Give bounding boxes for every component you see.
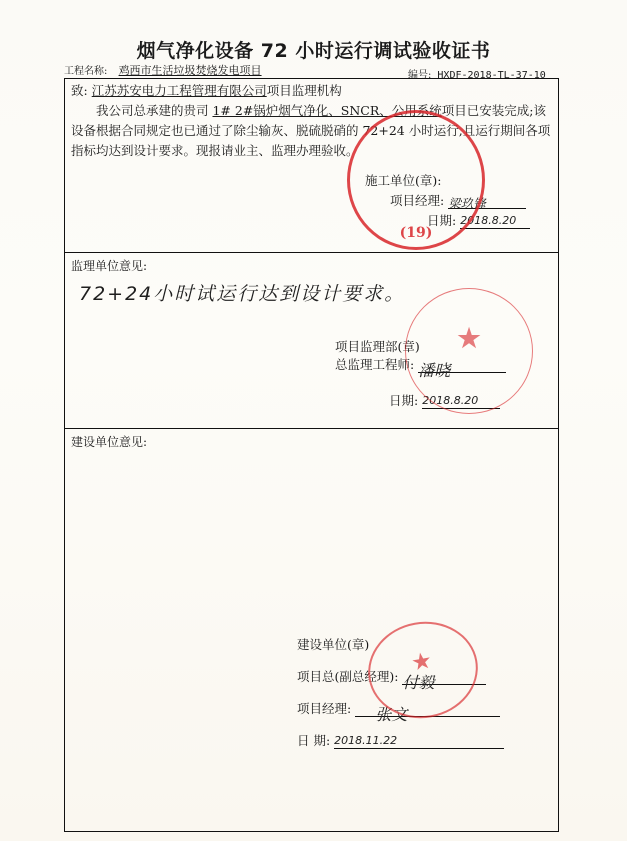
contractor-section: 致: 江苏苏安电力工程管理有限公司项目监理机构 我公司总承建的贵司 1# 2#锅… [65,79,558,253]
stamp-number: (19) [400,225,433,241]
recipient-line: 致: 江苏苏安电力工程管理有限公司项目监理机构 [71,81,342,99]
supervisor-opinion-label: 监理单位意见: [71,257,147,274]
owner-date-line: 日 期: 2018.11.22 [297,731,504,749]
owner-opinion-label: 建设单位意见: [71,433,147,450]
recipient-suffix: 项目监理机构 [267,83,342,98]
star-icon: ★ [410,648,432,675]
owner-section: 建设单位意见: 建设单位(章) 项目总(副总经理): 付毅 项目经理: 张文 日… [65,429,558,833]
document-title: 烟气净化设备 72 小时运行调试验收证书 [0,36,627,63]
project-label: 工程名称: [64,66,107,77]
body-prefix: 我公司总承建的贵司 [96,103,212,118]
star-icon: ★ [457,324,480,354]
owner-label: 建设单位(章) [297,637,369,652]
date-label: 日期: [389,393,418,408]
supervisor-company-stamp: ★ [405,288,533,414]
owner-date: 2018.11.22 [334,734,504,749]
owner-stamp-line: 建设单位(章) [297,635,369,653]
project-name-line: 工程名称: 鸡西市生活垃圾焚烧发电项目 [64,62,262,78]
chief-label: 总监理工程师: [335,357,414,372]
project-name: 鸡西市生活垃圾焚烧发电项目 [119,64,262,77]
contractor-company-stamp: (19) [347,110,485,250]
recipient-org: 江苏苏安电力工程管理有限公司 [92,83,267,98]
date-label: 日 期: [297,733,330,748]
manager-label: 项目经理: [297,701,351,716]
to-label: 致: [71,83,88,98]
supervisor-opinion: 72+24小时试运行达到设计要求。 [79,279,405,306]
certificate-form: 致: 江苏苏安电力工程管理有限公司项目监理机构 我公司总承建的贵司 1# 2#锅… [64,78,559,832]
